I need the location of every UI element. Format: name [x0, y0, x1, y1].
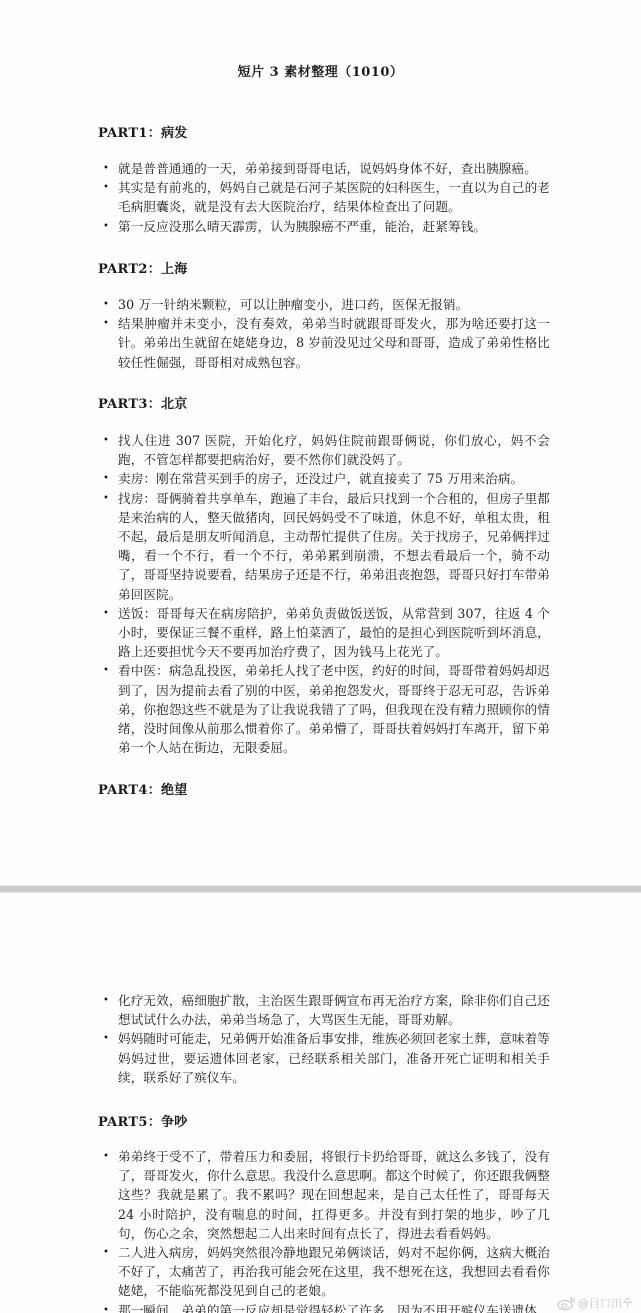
- weibo-logo-icon: [557, 1296, 575, 1310]
- list-item: 看中医：病急乱投医，弟弟托人找了老中医，约好的时间，哥哥带着妈妈却迟到了，因为提…: [98, 661, 550, 757]
- page-break-divider: [0, 885, 641, 893]
- list-item: 弟弟终于受不了，带着压力和委屈，将银行卡扔给哥哥，就这么多钱了，没有了，哥哥发火…: [98, 1147, 550, 1243]
- section-heading-part3: PART3：北京: [98, 393, 188, 412]
- list-item: 第一反应没那么晴天霹雳，认为胰腺癌不严重，能治，赶紧筹钱。: [98, 217, 550, 236]
- list-item: 就是普普通通的一天，弟弟接到哥哥电话，说妈妈身体不好，查出胰腺癌。: [98, 159, 550, 178]
- bullet-list-part1: 就是普普通通的一天，弟弟接到哥哥电话，说妈妈身体不好，查出胰腺癌。 其实是有前兆…: [98, 159, 550, 236]
- section-heading-part2: PART2：上海: [98, 258, 188, 277]
- list-item: 找房：哥俩骑着共享单车，跑遍了丰台，最后只找到一个合租的，但房子里都是来治病的人…: [98, 489, 550, 604]
- section-heading-part5: PART5：争吵: [98, 1111, 188, 1130]
- document-page-2: 化疗无效，癌细胞扩散，主治医生跟哥俩宣布再无治疗方案，除非你们自己还想试试什么办…: [0, 893, 641, 1313]
- list-item: 结果肿瘤并未变小，没有奏效，弟弟当时就跟哥哥发火，那为啥还要打这一针。弟弟出生就…: [98, 314, 550, 372]
- section-heading-part1: PART1：病发: [98, 122, 188, 141]
- section-heading-part4: PART4：绝望: [98, 779, 188, 798]
- list-item: 30 万一针纳米颗粒，可以让肿瘤变小，进口药，医保无报销。: [98, 295, 550, 314]
- list-item: 那一瞬间，弟弟的第一反应却是觉得轻松了许多，因为不用开殡仪车送遗体: [98, 1301, 550, 1313]
- list-item: 找人住进 307 医院，开始化疗，妈妈住院前跟哥俩说，你们放心，妈不会跑，不管怎…: [98, 431, 550, 469]
- list-item: 卖房：刚在常营买到手的房子，还没过户，就直接卖了 75 万用来治病。: [98, 469, 550, 488]
- list-item: 妈妈随时可能走，兄弟俩开始准备后事安排，维族必须回老家土葬，意味着等妈妈过世，要…: [98, 1029, 550, 1087]
- document-page-1: 短片 3 素材整理（1010） PART1：病发 就是普普通通的一天，弟弟接到哥…: [0, 0, 641, 885]
- list-item: 化疗无效，癌细胞扩散，主治医生跟哥俩宣布再无治疗方案，除非你们自己还想试试什么办…: [98, 991, 550, 1029]
- bullet-list-part2: 30 万一针纳米颗粒，可以让肿瘤变小，进口药，医保无报销。 结果肿瘤并未变小，没…: [98, 295, 550, 372]
- list-item: 其实是有前兆的，妈妈自己就是石河子某医院的妇科医生，一直以为自己的老毛病胆囊炎，…: [98, 178, 550, 216]
- watermark: @目口田㐃: [557, 1295, 633, 1311]
- bullet-list-part3: 找人住进 307 医院，开始化疗，妈妈住院前跟哥俩说，你们放心，妈不会跑，不管怎…: [98, 431, 550, 757]
- bullet-list-part5: 弟弟终于受不了，带着压力和委屈，将银行卡扔给哥哥，就这么多钱了，没有了，哥哥发火…: [98, 1147, 550, 1313]
- document-title: 短片 3 素材整理（1010）: [0, 61, 641, 80]
- list-item: 送饭：哥哥每天在病房陪护，弟弟负责做饭送饭，从常营到 307，往返 4 个小时，…: [98, 604, 550, 662]
- bullet-list-part4: 化疗无效，癌细胞扩散，主治医生跟哥俩宣布再无治疗方案，除非你们自己还想试试什么办…: [98, 991, 550, 1087]
- watermark-handle: @目口田㐃: [578, 1295, 633, 1311]
- list-item: 二人进入病房，妈妈突然很冷静地跟兄弟俩谈话，妈对不起你俩，这病大概治不好了，太痛…: [98, 1243, 550, 1301]
